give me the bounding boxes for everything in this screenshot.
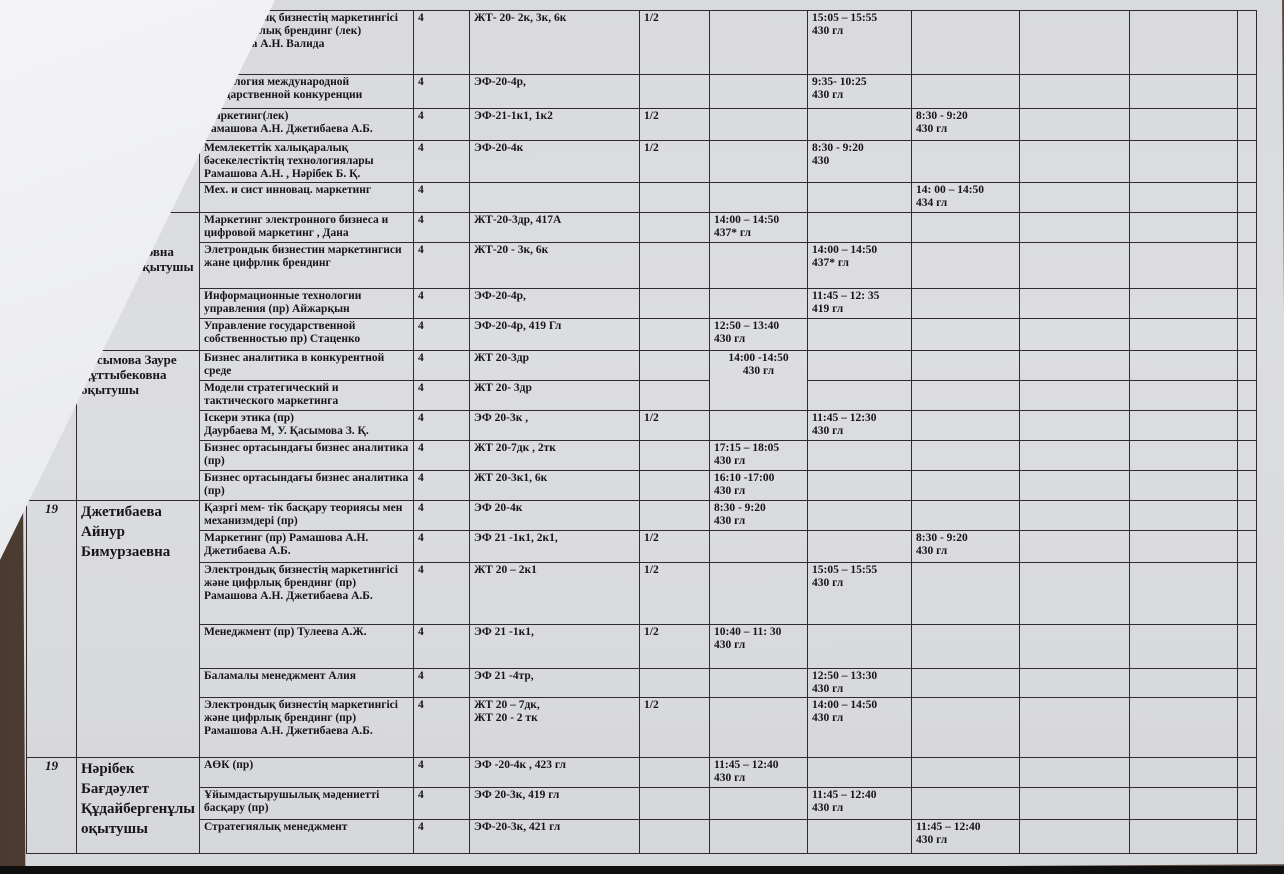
wednesday-cell: 14: 00 – 14:50 434 гл [912,183,1020,213]
thursday-cell [1020,441,1130,471]
tuesday-cell-text: 15:05 – 15:55 430 гл [812,12,907,38]
subject-cell: Бизнес ортасындағы бизнес аналитика (пр) [200,441,414,471]
share-cell [640,183,710,213]
credits-cell-text: 4 [418,110,465,123]
monday-cell-text: 11:45 – 12:40 430 гл [714,759,803,785]
friday-cell [1130,625,1238,669]
group-cell [470,183,640,213]
share-cell [640,319,710,351]
extra-cell [1238,11,1257,75]
extra-cell [1238,758,1257,788]
extra-cell [1238,109,1257,141]
subject-cell-text: Ұйымдастырушылық мәдениетті басқару (пр) [204,789,409,815]
group-cell: ЭФ 21 -4тр, [470,669,640,698]
monday-cell: 16:10 -17:00 430 гл [710,471,808,501]
extra-cell [1238,820,1257,854]
wednesday-cell-text: 8:30 - 9:20 430 гл [916,532,1015,558]
share-cell [640,501,710,531]
share-cell [640,351,710,381]
extra-cell [1238,381,1257,411]
group-cell: ЖТ 20-7дк , 2тк [470,441,640,471]
friday-cell [1130,141,1238,183]
subject-cell: Модели стратегический и тактического мар… [200,381,414,411]
monday-cell [710,183,808,213]
credits-cell-text: 4 [418,626,465,639]
credits-cell: 4 [414,319,470,351]
wednesday-cell [912,75,1020,109]
row-number-cell: 19 [27,758,77,854]
friday-cell [1130,351,1238,381]
table-row: 17Мустафаева Валида Испандияровна магист… [27,213,1257,243]
extra-cell [1238,698,1257,758]
subject-cell: Қазргі мем- тік басқару теориясы мен мех… [200,501,414,531]
teacher-name-cell-text: Джетибаева Айнур Бимурзаевна [81,502,195,562]
credits-cell-text: 4 [418,699,465,712]
tuesday-cell [808,183,912,213]
credits-cell: 4 [414,75,470,109]
share-cell-text: 1/2 [644,699,705,712]
share-cell: 1/2 [640,563,710,625]
subject-cell: Баламалы менеджмент Алия [200,669,414,698]
credits-cell: 4 [414,243,470,289]
monday-cell [710,75,808,109]
monday-cell-text: 16:10 -17:00 430 гл [714,472,803,498]
subject-cell-text: Маркетинг(лек) Рамашова А.Н. Джетибаева … [204,110,409,136]
thursday-cell [1020,289,1130,319]
thursday-cell [1020,698,1130,758]
tuesday-cell-text: 15:05 – 15:55 430 гл [812,564,907,590]
tuesday-cell: 11:45 – 12:40 430 гл [808,788,912,820]
extra-cell [1238,411,1257,441]
group-cell-text: ЭФ-20-4р, 419 Гл [474,320,635,333]
monday-cell: 8:30 - 9:20 430 гл [710,501,808,531]
tuesday-cell [808,441,912,471]
credits-cell-text: 4 [418,442,465,455]
tuesday-cell: 11:45 – 12: 35 419 гл [808,289,912,319]
subject-cell: Мемлекеттік халықаралық бәсекелестіктің … [200,141,414,183]
credits-cell: 4 [414,788,470,820]
credits-cell: 4 [414,289,470,319]
extra-cell [1238,243,1257,289]
extra-cell [1238,471,1257,501]
thursday-cell [1020,471,1130,501]
monday-cell [710,531,808,563]
extra-cell [1238,501,1257,531]
monday-cell-text: 8:30 - 9:20 430 гл [714,502,803,528]
extra-cell [1238,213,1257,243]
friday-cell [1130,788,1238,820]
group-cell: ЖТ 20-3др [470,351,640,381]
tuesday-cell [808,501,912,531]
tuesday-cell [808,381,912,411]
wednesday-cell [912,11,1020,75]
wednesday-cell [912,351,1020,381]
group-cell-text: ЖТ 20-3к1, 6к [474,472,635,485]
wednesday-cell [912,563,1020,625]
wednesday-cell [912,758,1020,788]
group-cell: ЭФ-20-4р, [470,75,640,109]
table-row: 19Джетибаева Айнур БимурзаевнаҚазргі мем… [27,501,1257,531]
table-row: 19Нәрібек Бағдәулет Құдайбергенұлы оқыту… [27,758,1257,788]
table-row: Мех. и сист инновац. маркетинг414: 00 – … [27,183,1257,213]
credits-cell: 4 [414,381,470,411]
group-cell: ЖТ- 20- 2к, 3к, 6к [470,11,640,75]
wednesday-cell [912,141,1020,183]
tuesday-cell [808,471,912,501]
subject-cell-text: Элетрондык бизнестин маркетингиси жане ц… [204,244,409,270]
monday-cell: 17:15 – 18:05 430 гл [710,441,808,471]
table-row: 18Қасымова Зауре Құттыбековна оқытушыБиз… [27,351,1257,381]
thursday-cell [1020,820,1130,854]
credits-cell-text: 4 [418,789,465,802]
share-cell: 1/2 [640,698,710,758]
friday-cell [1130,243,1238,289]
table-row: Стратегиялық менеджмент4ЭФ-20-3к, 421 гл… [27,820,1257,854]
subject-cell-text: Қазргі мем- тік басқару теориясы мен мех… [204,502,409,528]
table-row: Управление государственной собственность… [27,319,1257,351]
wednesday-cell [912,625,1020,669]
thursday-cell [1020,411,1130,441]
tuesday-cell [808,351,912,381]
share-cell [640,213,710,243]
wednesday-cell [912,243,1020,289]
share-cell [640,758,710,788]
tuesday-cell-text: 14:00 – 14:50 430 гл [812,699,907,725]
teacher-name-cell: Қасымова Зауре Құттыбековна оқытушы [77,351,200,501]
table-row: Менеджмент (пр) Тулеева А.Ж.4ЭФ 21 -1к1,… [27,625,1257,669]
friday-cell [1130,471,1238,501]
thursday-cell [1020,531,1130,563]
monday-cell [710,11,808,75]
credits-cell: 4 [414,669,470,698]
subject-cell-text: Бизнес ортасындағы бизнес аналитика (пр) [204,442,409,468]
tuesday-cell [808,758,912,788]
extra-cell [1238,289,1257,319]
tuesday-cell: 14:00 – 14:50 430 гл [808,698,912,758]
extra-cell [1238,183,1257,213]
tuesday-cell: 14:00 – 14:50 437* гл [808,243,912,289]
tuesday-cell [808,213,912,243]
group-cell-text: ЭФ-21-1к1, 1к2 [474,110,635,123]
friday-cell [1130,563,1238,625]
credits-cell-text: 4 [418,670,465,683]
tuesday-cell-text: 14:00 – 14:50 437* гл [812,244,907,270]
group-cell-text: ЖТ 20- 3др [474,382,635,395]
credits-cell-text: 4 [418,290,465,303]
extra-cell [1238,141,1257,183]
monday-cell-text: 12:50 – 13:40 430 гл [714,320,803,346]
tuesday-cell-text: 12:50 – 13:30 430 гл [812,670,907,696]
group-cell: ЭФ-21-1к1, 1к2 [470,109,640,141]
group-cell: ЭФ-20-4р, [470,289,640,319]
tuesday-cell-text: 11:45 – 12:30 430 гл [812,412,907,438]
teacher-name-cell: Нәрібек Бағдәулет Құдайбергенұлы оқытушы [77,758,200,854]
wednesday-cell [912,698,1020,758]
group-cell-text: ЭФ -20-4к , 423 гл [474,759,635,772]
wednesday-cell [912,289,1020,319]
wednesday-cell [912,319,1020,351]
group-cell-text: ЭФ 21 -4тр, [474,670,635,683]
monday-cell [710,411,808,441]
group-cell: ЭФ 20-4к [470,501,640,531]
credits-cell: 4 [414,531,470,563]
group-cell-text: ЖТ-20-3др, 417А [474,214,635,227]
group-cell-text: ЭФ 20-3к , [474,412,635,425]
credits-cell: 4 [414,141,470,183]
tuesday-cell-text: 11:45 – 12:40 430 гл [812,789,907,815]
wednesday-cell: 11:45 – 12:40 430 гл [912,820,1020,854]
subject-cell-text: Баламалы менеджмент Алия [204,670,409,683]
group-cell-text: ЭФ 21 -1к1, 2к1, [474,532,635,545]
row-number-cell-text: 19 [31,502,72,515]
thursday-cell [1020,319,1130,351]
table-row: Электрондық бизнестің маркетингісі және … [27,698,1257,758]
extra-cell [1238,669,1257,698]
wednesday-cell-text: 14: 00 – 14:50 434 гл [916,184,1015,210]
credits-cell: 4 [414,471,470,501]
row-number-cell-text: 19 [31,759,72,772]
subject-cell: Электрондық бизнестің маркетингісі және … [200,563,414,625]
credits-cell: 4 [414,411,470,441]
friday-cell [1130,381,1238,411]
wednesday-cell-text: 8:30 - 9:20 430 гл [916,110,1015,136]
subject-cell-text: Іскери этика (пр) Даурбаева М, У. Қасымо… [204,412,409,438]
subject-cell: Маркетинг (пр) Рамашова А.Н. Джетибаева … [200,531,414,563]
friday-cell [1130,669,1238,698]
monday-cell [710,788,808,820]
group-cell: ЭФ-20-3к, 421 гл [470,820,640,854]
group-cell: ЭФ 20-3к , [470,411,640,441]
tuesday-cell: 9:35- 10:25 430 гл [808,75,912,109]
thursday-cell [1020,351,1130,381]
subject-cell: Информационные технологии управления (пр… [200,289,414,319]
monday-merged-cell-text: 14:00 -14:50 430 гл [714,352,803,378]
subject-cell: Бизнес ортасындағы бизнес аналитика (пр) [200,471,414,501]
monday-cell [710,243,808,289]
friday-cell [1130,75,1238,109]
friday-cell [1130,531,1238,563]
table-row: Элетрондык бизнестин маркетингиси жане ц… [27,243,1257,289]
share-cell [640,381,710,411]
share-cell [640,471,710,501]
group-cell: ЭФ 20-3к, 419 гл [470,788,640,820]
share-cell-text: 1/2 [644,626,705,639]
share-cell-text: 1/2 [644,12,705,25]
share-cell [640,820,710,854]
share-cell: 1/2 [640,141,710,183]
monday-cell-text: 10:40 – 11: 30 430 гл [714,626,803,652]
extra-cell [1238,441,1257,471]
group-cell-text: ЭФ 20-3к, 419 гл [474,789,635,802]
friday-cell [1130,411,1238,441]
thursday-cell [1020,788,1130,820]
monday-merged-cell: 14:00 -14:50 430 гл [710,351,808,411]
subject-cell: Элетрондык бизнестин маркетингиси жане ц… [200,243,414,289]
subject-cell: Стратегиялық менеджмент [200,820,414,854]
share-cell [640,289,710,319]
friday-cell [1130,11,1238,75]
credits-cell: 4 [414,11,470,75]
table-row: Информационные технологии управления (пр… [27,289,1257,319]
tuesday-cell [808,531,912,563]
credits-cell: 4 [414,625,470,669]
credits-cell-text: 4 [418,352,465,365]
row-number-cell: 19 [27,501,77,758]
monday-cell [710,563,808,625]
monday-cell: 10:40 – 11: 30 430 гл [710,625,808,669]
group-cell-text: ЭФ 21 -1к1, [474,626,635,639]
share-cell: 1/2 [640,411,710,441]
credits-cell: 4 [414,501,470,531]
friday-cell [1130,820,1238,854]
table-row: Іскери этика (пр) Даурбаева М, У. Қасымо… [27,411,1257,441]
table-row: Бизнес ортасындағы бизнес аналитика (пр)… [27,441,1257,471]
friday-cell [1130,109,1238,141]
credits-cell-text: 4 [418,320,465,333]
group-cell-text: ЖТ 20 – 2к1 [474,564,635,577]
tuesday-cell-text: 9:35- 10:25 430 гл [812,76,907,102]
group-cell: ЖТ 20 – 7дк, ЖТ 20 - 2 тк [470,698,640,758]
subject-cell: Бизнес аналитика в конкурентной среде [200,351,414,381]
table-row: Ұйымдастырушылық мәдениетті басқару (пр)… [27,788,1257,820]
credits-cell: 4 [414,441,470,471]
share-cell-text: 1/2 [644,142,705,155]
extra-cell [1238,351,1257,381]
group-cell-text: ЭФ 20-4к [474,502,635,515]
photo-bottom-edge [0,866,1284,874]
tuesday-cell [808,109,912,141]
monday-cell: 12:50 – 13:40 430 гл [710,319,808,351]
credits-cell-text: 4 [418,412,465,425]
wednesday-cell [912,213,1020,243]
wednesday-cell [912,441,1020,471]
group-cell-text: ЖТ 20 – 7дк, ЖТ 20 - 2 тк [474,699,635,725]
thursday-cell [1020,141,1130,183]
thursday-cell [1020,758,1130,788]
group-cell: ЖТ-20-3др, 417А [470,213,640,243]
tuesday-cell: 15:05 – 15:55 430 гл [808,563,912,625]
tuesday-cell [808,625,912,669]
thursday-cell [1020,183,1130,213]
friday-cell [1130,319,1238,351]
monday-cell [710,109,808,141]
group-cell: ЖТ 20-3к1, 6к [470,471,640,501]
subject-cell-text: Менеджмент (пр) Тулеева А.Ж. [204,626,409,639]
thursday-cell [1020,213,1130,243]
credits-cell: 4 [414,351,470,381]
credits-cell-text: 4 [418,142,465,155]
credits-cell-text: 4 [418,214,465,227]
credits-cell-text: 4 [418,244,465,257]
group-cell: ЖТ-20 - 3к, 6к [470,243,640,289]
schedule-table: Электрондық бизнестің маркетингісі және … [26,10,1257,854]
table-row: Бизнес ортасындағы бизнес аналитика (пр)… [27,471,1257,501]
monday-cell: 14:00 – 14:50 437* гл [710,213,808,243]
monday-cell [710,698,808,758]
table-row: Баламалы менеджмент Алия4ЭФ 21 -4тр,12:5… [27,669,1257,698]
share-cell: 1/2 [640,531,710,563]
wednesday-cell [912,669,1020,698]
share-cell [640,669,710,698]
subject-cell-text: Бизнес ортасындағы бизнес аналитика (пр) [204,472,409,498]
extra-cell [1238,531,1257,563]
group-cell-text: ЭФ-20-4к [474,142,635,155]
wednesday-cell-text: 11:45 – 12:40 430 гл [916,821,1015,847]
thursday-cell [1020,109,1130,141]
subject-cell: Маркетинг(лек) Рамашова А.Н. Джетибаева … [200,109,414,141]
subject-cell-text: Маркетинг (пр) Рамашова А.Н. Джетибаева … [204,532,409,558]
wednesday-cell: 8:30 - 9:20 430 гл [912,109,1020,141]
group-cell: ЭФ-20-4к [470,141,640,183]
monday-cell [710,820,808,854]
friday-cell [1130,183,1238,213]
wednesday-cell [912,381,1020,411]
thursday-cell [1020,563,1130,625]
tuesday-cell [808,319,912,351]
credits-cell-text: 4 [418,759,465,772]
credits-cell: 4 [414,563,470,625]
group-cell-text: ЖТ 20-7дк , 2тк [474,442,635,455]
credits-cell: 4 [414,820,470,854]
credits-cell-text: 4 [418,12,465,25]
subject-cell-text: Маркетинг электронного бизнеса и цифрово… [204,214,409,240]
tuesday-cell: 8:30 - 9:20 430 [808,141,912,183]
subject-cell: Менеджмент (пр) Тулеева А.Ж. [200,625,414,669]
subject-cell-text: АӨК (пр) [204,759,409,772]
credits-cell-text: 4 [418,564,465,577]
monday-cell: 11:45 – 12:40 430 гл [710,758,808,788]
group-cell: ЭФ 21 -1к1, [470,625,640,669]
share-cell [640,788,710,820]
share-cell-text: 1/2 [644,532,705,545]
table-row: Модели стратегический и тактического мар… [27,381,1257,411]
thursday-cell [1020,381,1130,411]
share-cell-text: 1/2 [644,412,705,425]
thursday-cell [1020,669,1130,698]
subject-cell-text: Мемлекеттік халықаралық бәсекелестіктің … [204,142,409,181]
group-cell: ЭФ-20-4р, 419 Гл [470,319,640,351]
extra-cell [1238,625,1257,669]
friday-cell [1130,213,1238,243]
subject-cell-text: Электрондық бизнестің маркетингісі және … [204,564,409,603]
tuesday-cell: 12:50 – 13:30 430 гл [808,669,912,698]
subject-cell-text: Управление государственной собственность… [204,320,409,346]
subject-cell-text: Электрондық бизнестің маркетингісі және … [204,699,409,738]
share-cell: 1/2 [640,109,710,141]
friday-cell [1130,441,1238,471]
subject-cell-text: Стратегиялық менеджмент [204,821,409,834]
share-cell [640,441,710,471]
share-cell: 1/2 [640,625,710,669]
table-row: Маркетинг (пр) Рамашова А.Н. Джетибаева … [27,531,1257,563]
subject-cell-text: Мех. и сист инновац. маркетинг [204,184,409,197]
credits-cell-text: 4 [418,382,465,395]
subject-cell-text: Бизнес аналитика в конкурентной среде [204,352,409,378]
wednesday-cell [912,471,1020,501]
subject-cell: Электрондық бизнестің маркетингісі және … [200,698,414,758]
subject-cell: Ұйымдастырушылық мәдениетті басқару (пр) [200,788,414,820]
group-cell-text: ЖТ 20-3др [474,352,635,365]
share-cell [640,75,710,109]
tuesday-cell: 11:45 – 12:30 430 гл [808,411,912,441]
credits-cell-text: 4 [418,821,465,834]
credits-cell-text: 4 [418,184,465,197]
tuesday-cell-text: 8:30 - 9:20 430 [812,142,907,168]
monday-cell [710,669,808,698]
subject-cell: Маркетинг электронного бизнеса и цифрово… [200,213,414,243]
monday-cell-text: 17:15 – 18:05 430 гл [714,442,803,468]
thursday-cell [1020,625,1130,669]
